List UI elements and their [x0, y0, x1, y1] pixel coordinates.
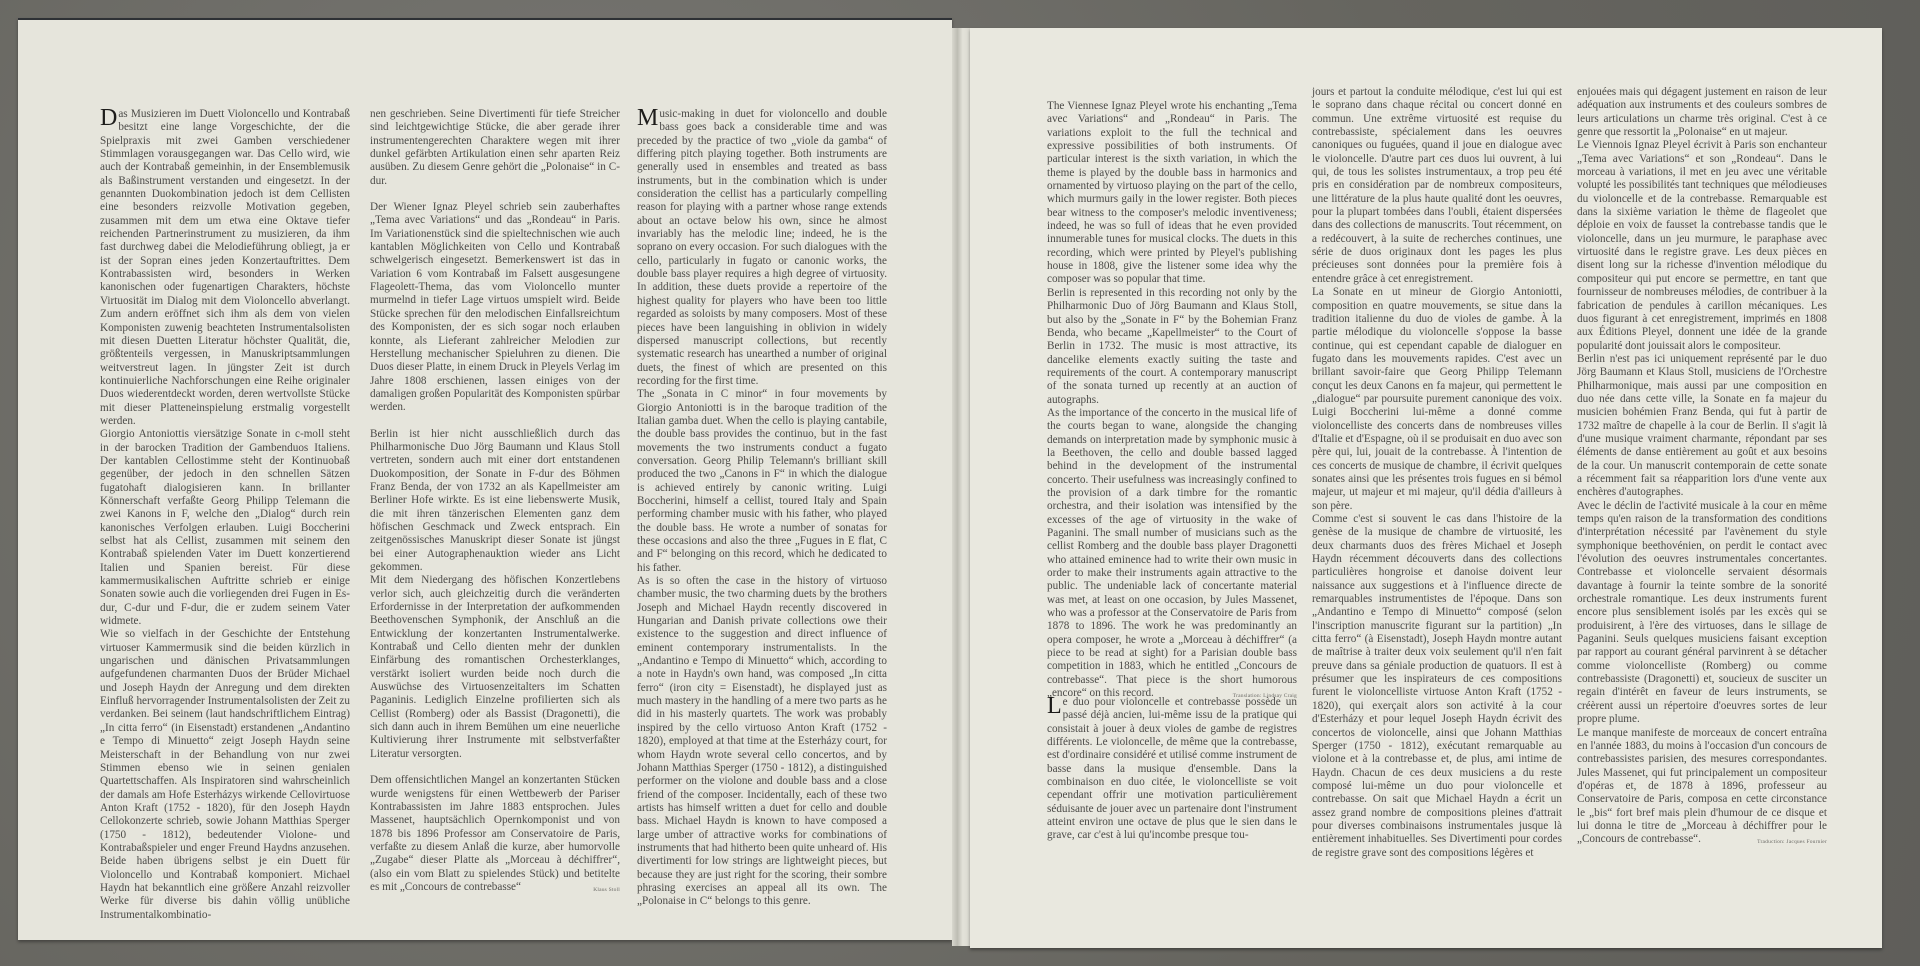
- gatefold-spine: [952, 28, 970, 946]
- english-paragraph: As is so often the case in the history o…: [637, 575, 887, 909]
- german-paragraph: Der Wiener Ignaz Pleyel schrieb sein zau…: [370, 201, 620, 415]
- drop-cap: L: [1047, 696, 1062, 715]
- french-paragraph: La Sonate en ut mineur de Giorgio Antoni…: [1312, 286, 1562, 513]
- translator-credit: Traduction: Jacques Fournier: [1757, 836, 1827, 849]
- german-paragraph: Berlin ist hier nicht ausschließlich dur…: [370, 428, 620, 575]
- german-paragraph: Wie so vielfach in der Geschichte der En…: [100, 628, 350, 922]
- english-column-1: Music-making in duet for violoncello and…: [637, 108, 887, 909]
- german-paragraph: Das Musizieren im Duett Violoncello und …: [100, 108, 350, 428]
- french-paragraph: Le Viennois Ignaz Pleyel écrivit à Paris…: [1577, 139, 1827, 353]
- german-paragraph: Dem offensichtlichen Mangel an konzertan…: [370, 774, 620, 894]
- french-paragraph: Le manque manifeste de morceaux de conce…: [1577, 727, 1827, 847]
- author-credit: Klaus Stoll: [593, 884, 620, 897]
- french-column-3: enjouées mais qui dégagent justement en …: [1577, 86, 1827, 850]
- german-column-1: Das Musizieren im Duett Violoncello und …: [100, 108, 350, 922]
- german-paragraph: Giorgio Antoniottis viersätzige Sonate i…: [100, 428, 350, 628]
- french-paragraph: enjouées mais qui dégagent justement en …: [1577, 86, 1827, 139]
- english-paragraph: As the importance of the concerto in the…: [1047, 407, 1297, 701]
- french-paragraph: Berlin n'est pas ici uniquement représen…: [1577, 353, 1827, 500]
- french-paragraph: Comme c'est si souvent le cas dans l'his…: [1312, 513, 1562, 860]
- french-paragraph: Avec le déclin de l'activité musicale à …: [1577, 500, 1827, 727]
- english-paragraph: The Viennese Ignaz Pleyel wrote his ench…: [1047, 100, 1297, 287]
- english-paragraph: The „Sonata in C minor“ in four movement…: [637, 388, 887, 575]
- german-paragraph: Mit dem Niedergang des höfischen Konzert…: [370, 574, 620, 761]
- french-paragraph: Le duo pour violoncelle et contrebasse p…: [1047, 696, 1297, 843]
- english-paragraph: Berlin is represented in this recording …: [1047, 287, 1297, 407]
- french-paragraph: jours et partout la conduite mélodique, …: [1312, 86, 1562, 286]
- english-paragraph: Music-making in duet for violoncello and…: [637, 108, 887, 388]
- drop-cap: M: [637, 108, 658, 127]
- english-column-2: The Viennese Ignaz Pleyel wrote his ench…: [1047, 100, 1297, 703]
- drop-cap: D: [100, 108, 117, 127]
- french-column-1: Le duo pour violoncelle et contrebasse p…: [1047, 696, 1297, 843]
- french-column-2: jours et partout la conduite mélodique, …: [1312, 86, 1562, 860]
- german-paragraph: nen geschrieben. Seine Divertimenti für …: [370, 108, 620, 188]
- german-column-2: nen geschrieben. Seine Divertimenti für …: [370, 108, 620, 897]
